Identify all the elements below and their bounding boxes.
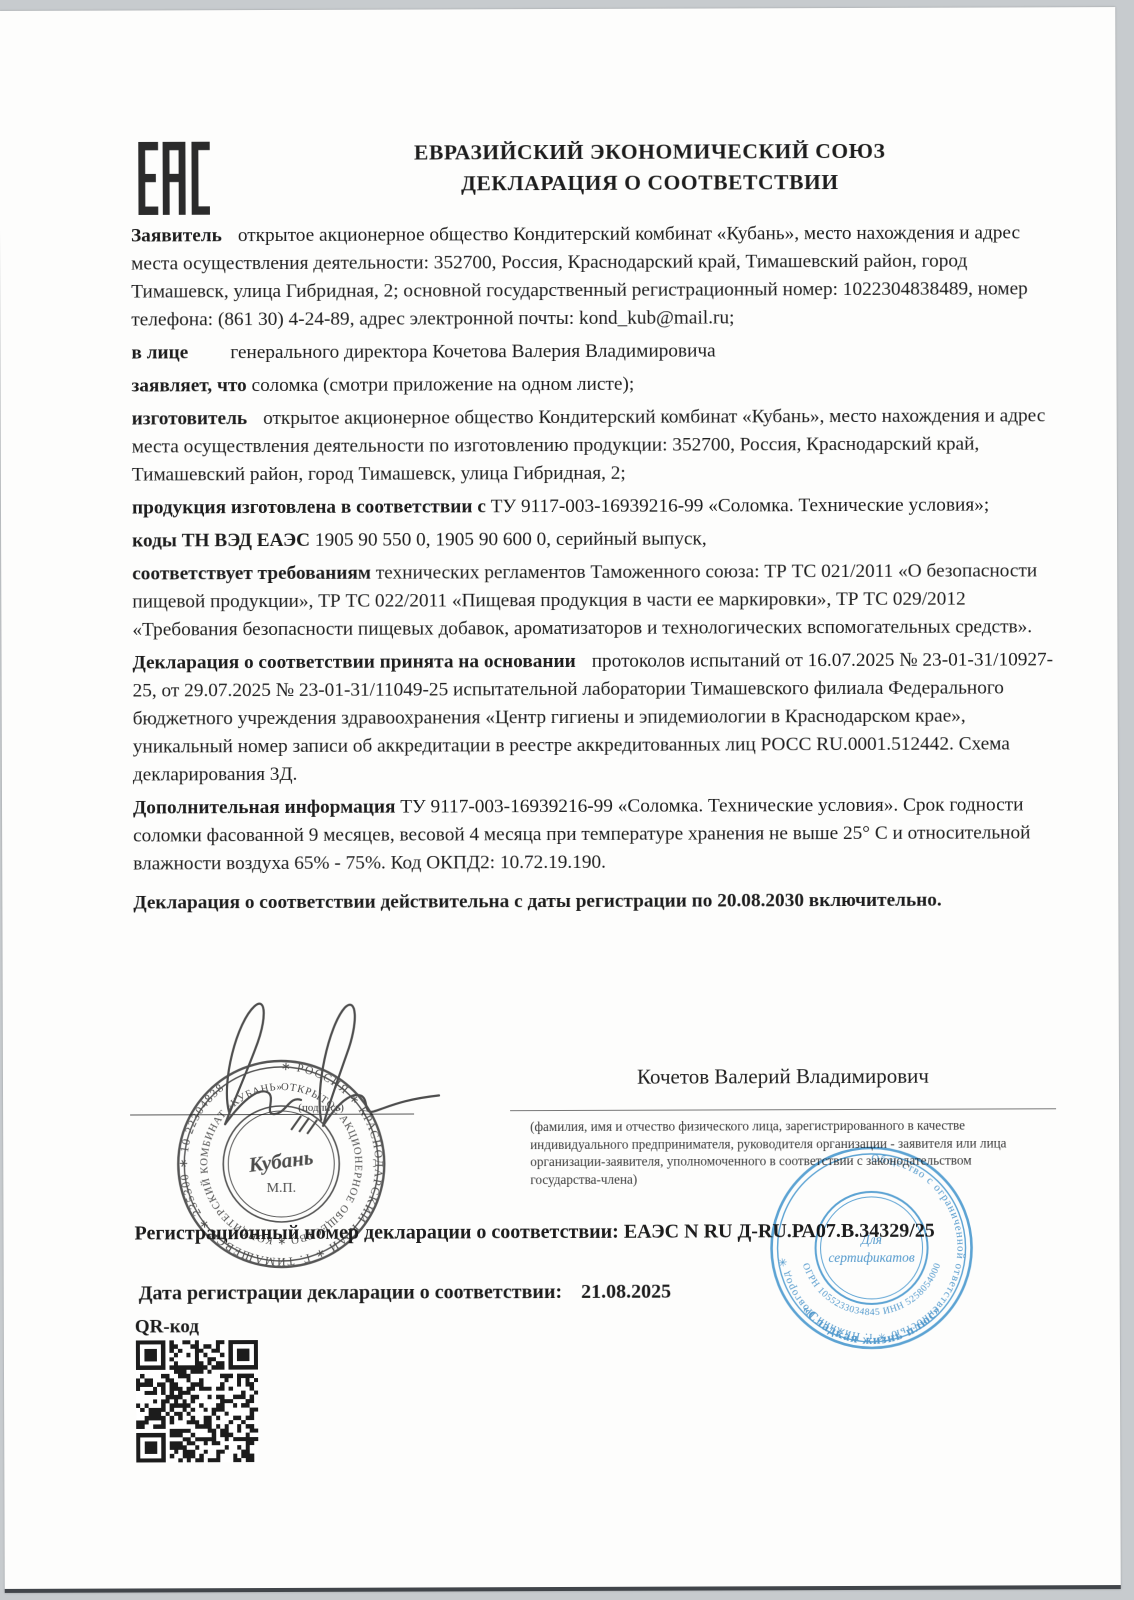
signature-and-registration-zone: ∗ РОССИЯ ∗ КРАСНОДАРСКИЙ КРАЙ ∗ Г. ТИМАШ… <box>0 7 1121 1589</box>
signer-name-underline <box>510 1108 1056 1111</box>
qr-code-label: QR-код <box>135 1316 199 1338</box>
black-stamp-mp-label: М.П. <box>267 1181 297 1196</box>
blue-stamp-center-line2: сертификатов <box>828 1250 914 1265</box>
qr-code-image <box>136 1340 258 1462</box>
blue-stamp-ogrn-inn-text: ОГРН 1055233034845 ИНН 5258054000 <box>800 1261 944 1318</box>
svg-text:ОГРН 1055233034845 ИНН 52580: ОГРН 1055233034845 ИНН 5258054000 <box>800 1261 944 1318</box>
scanned-document-page: ЕВРАЗИЙСКИЙ ЭКОНОМИЧЕСКИЙ СОЮЗ ДЕКЛАРАЦИ… <box>0 7 1121 1593</box>
handwritten-signature <box>171 991 447 1157</box>
signer-full-name: Кочетов Валерий Владимирович <box>523 1063 1043 1090</box>
registration-date-value: 21.08.2025 <box>567 1281 671 1303</box>
certification-blue-stamp: Общество с ограниченной ответственностью… <box>767 1144 976 1353</box>
registration-date-label: Дата регистрации декларации о соответств… <box>139 1281 562 1304</box>
registration-number-label: Регистрационный номер декларации о соотв… <box>134 1221 618 1245</box>
blue-stamp-center-line1: Для <box>859 1232 882 1247</box>
